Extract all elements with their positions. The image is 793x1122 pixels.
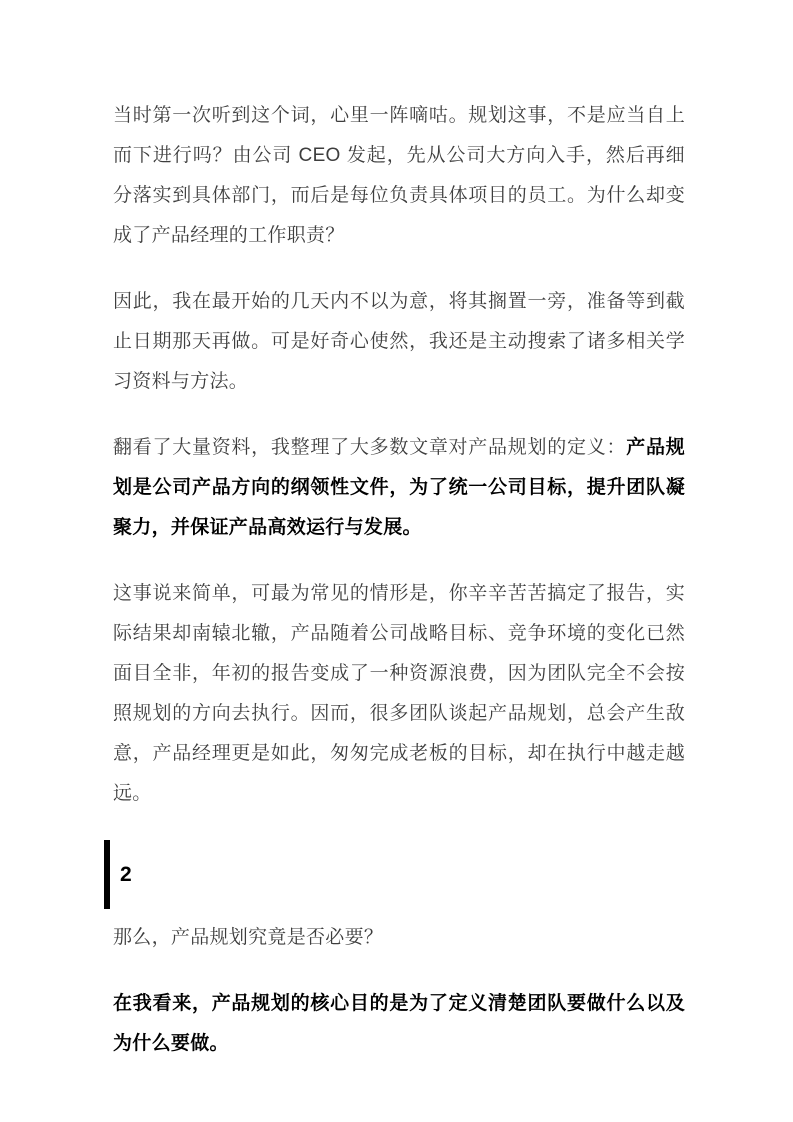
paragraph-procrastination: 因此，我在最开始的几天内不以为意，将其搁置一旁，准备等到截止日期那天再做。可是好… [113, 282, 685, 402]
paragraph-definition-lead: 翻看了大量资料，我整理了大多数文章对产品规划的定义： [113, 437, 626, 458]
paragraph-common-failure: 这事说来简单，可最为常见的情形是，你辛辛苦苦搞定了报告，实际结果却南辕北辙，产品… [113, 574, 685, 814]
paragraph-core-purpose: 在我看来，产品规划的核心目的是为了定义清楚团队要做什么以及为什么要做。 [113, 984, 685, 1064]
paragraph-question-necessity: 那么，产品规划究竟是否必要？ [113, 918, 685, 958]
section-2-heading: 2 [104, 840, 685, 909]
paragraph-definition: 翻看了大量资料，我整理了大多数文章对产品规划的定义：产品规划是公司产品方向的纲领… [113, 428, 685, 548]
section-number: 2 [120, 864, 132, 885]
paragraph-intro-doubt: 当时第一次听到这个词，心里一阵嘀咕。规划这事，不是应当自上而下进行吗？由公司 C… [113, 96, 685, 256]
document-page: 当时第一次听到这个词，心里一阵嘀咕。规划这事，不是应当自上而下进行吗？由公司 C… [0, 0, 793, 1122]
